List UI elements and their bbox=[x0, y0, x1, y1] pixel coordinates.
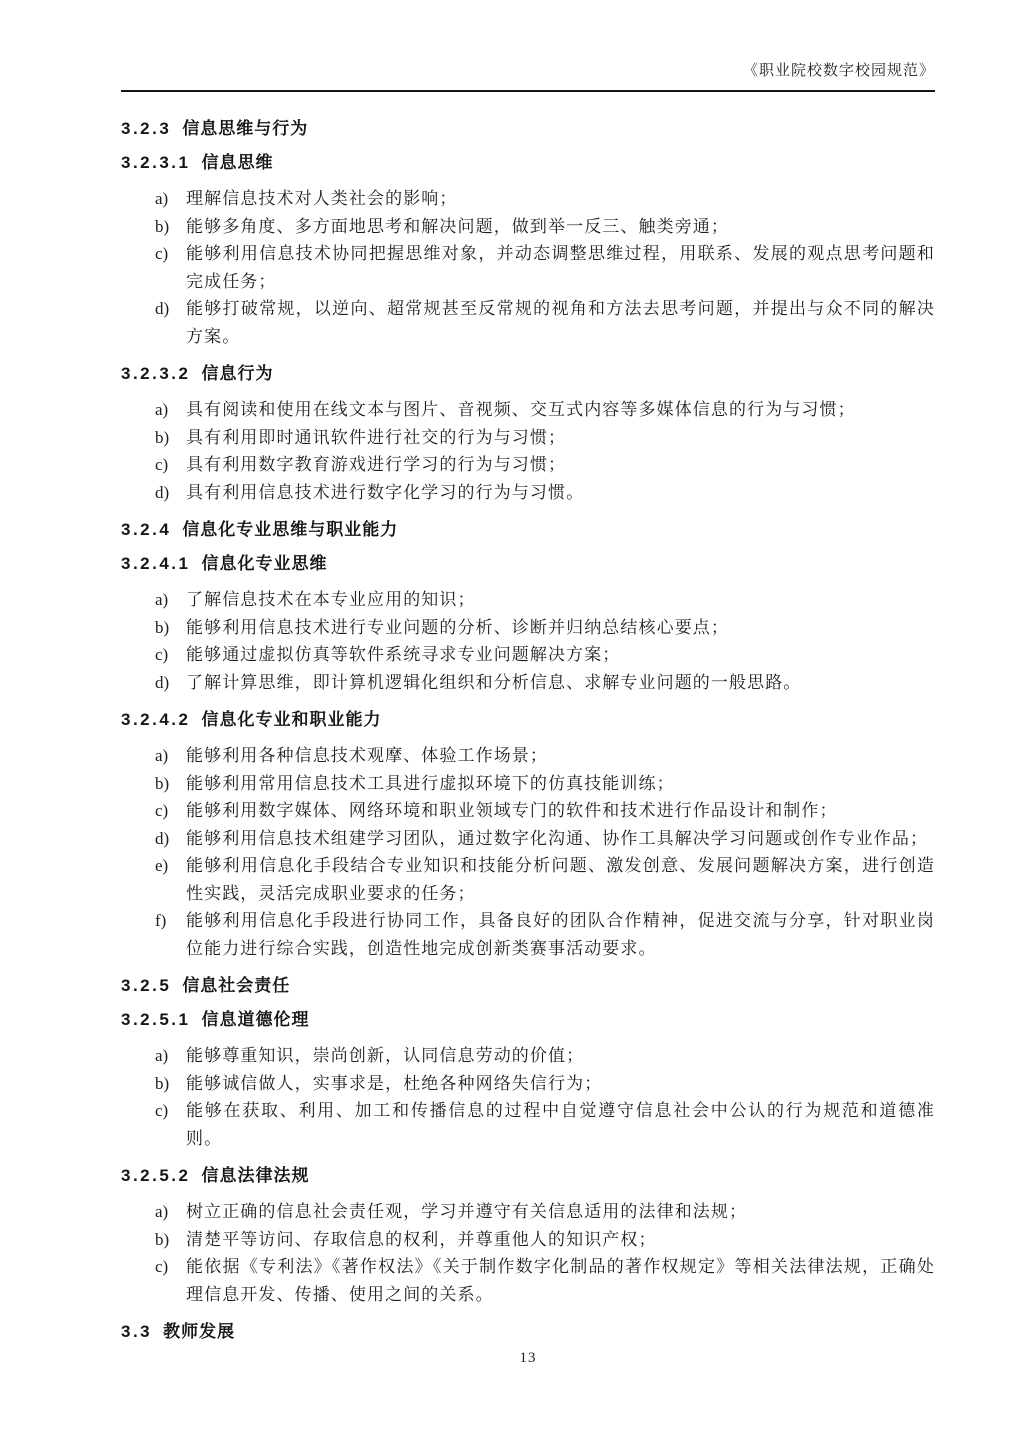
item-marker: b) bbox=[155, 1070, 186, 1098]
item-marker: d) bbox=[155, 479, 186, 507]
section-heading-3-2-3: 3.2.3信息思维与行为 bbox=[121, 118, 935, 139]
item-marker: c) bbox=[155, 1253, 186, 1308]
item-text: 能够利用数字媒体、网络环境和职业领域专门的软件和技术进行作品设计和制作； bbox=[186, 797, 935, 825]
item-list: a)树立正确的信息社会责任观，学习并遵守有关信息适用的法律和法规； b)清楚平等… bbox=[121, 1198, 935, 1308]
section-title: 信息思维与行为 bbox=[182, 119, 308, 138]
item-text: 能够尊重知识，崇尚创新，认同信息劳动的价值； bbox=[186, 1042, 935, 1070]
item-text: 能够打破常规，以逆向、超常规甚至反常规的视角和方法去思考问题，并提出与众不同的解… bbox=[186, 295, 935, 350]
item-text: 具有利用信息技术进行数字化学习的行为与习惯。 bbox=[186, 479, 935, 507]
section-number: 3.2.5.1 bbox=[121, 1010, 191, 1029]
item-marker: d) bbox=[155, 669, 186, 697]
item-marker: b) bbox=[155, 213, 186, 241]
item-marker: a) bbox=[155, 396, 186, 424]
list-item: b)能够利用信息技术进行专业问题的分析、诊断并归纳总结核心要点； bbox=[155, 614, 935, 642]
item-text: 能够利用常用信息技术工具进行虚拟环境下的仿真技能训练； bbox=[186, 770, 935, 798]
section-heading-3-2-5-2: 3.2.5.2信息法律法规 bbox=[121, 1165, 935, 1186]
section-title: 信息法律法规 bbox=[202, 1166, 310, 1185]
list-item: c)能依据《专利法》《著作权法》《关于制作数字化制品的著作权规定》等相关法律法规… bbox=[155, 1253, 935, 1308]
header-rule bbox=[121, 90, 935, 92]
item-text: 具有阅读和使用在线文本与图片、音视频、交互式内容等多媒体信息的行为与习惯； bbox=[186, 396, 935, 424]
item-text: 理解信息技术对人类社会的影响； bbox=[186, 185, 935, 213]
item-marker: a) bbox=[155, 586, 186, 614]
section-number: 3.2.4.2 bbox=[121, 710, 191, 729]
item-marker: c) bbox=[155, 641, 186, 669]
section-title: 信息化专业和职业能力 bbox=[202, 710, 382, 729]
list-item: a)树立正确的信息社会责任观，学习并遵守有关信息适用的法律和法规； bbox=[155, 1198, 935, 1226]
section-heading-3-2-4: 3.2.4信息化专业思维与职业能力 bbox=[121, 519, 935, 540]
list-item: a)理解信息技术对人类社会的影响； bbox=[155, 185, 935, 213]
item-marker: a) bbox=[155, 185, 186, 213]
item-list: a)了解信息技术在本专业应用的知识； b)能够利用信息技术进行专业问题的分析、诊… bbox=[121, 586, 935, 696]
list-item: c)能够利用信息技术协同把握思维对象，并动态调整思维过程，用联系、发展的观点思考… bbox=[155, 240, 935, 295]
item-text: 树立正确的信息社会责任观，学习并遵守有关信息适用的法律和法规； bbox=[186, 1198, 935, 1226]
item-text: 能够在获取、利用、加工和传播信息的过程中自觉遵守信息社会中公认的行为规范和道德准… bbox=[186, 1097, 935, 1152]
item-marker: a) bbox=[155, 742, 186, 770]
section-title: 信息社会责任 bbox=[182, 976, 290, 995]
list-item: c)能够在获取、利用、加工和传播信息的过程中自觉遵守信息社会中公认的行为规范和道… bbox=[155, 1097, 935, 1152]
item-marker: a) bbox=[155, 1042, 186, 1070]
list-item: d)能够利用信息技术组建学习团队，通过数字化沟通、协作工具解决学习问题或创作专业… bbox=[155, 825, 935, 853]
item-text: 能够利用信息技术进行专业问题的分析、诊断并归纳总结核心要点； bbox=[186, 614, 935, 642]
section-title: 信息思维 bbox=[202, 153, 274, 172]
list-item: b)具有利用即时通讯软件进行社交的行为与习惯； bbox=[155, 424, 935, 452]
list-item: b)能够诚信做人，实事求是，杜绝各种网络失信行为； bbox=[155, 1070, 935, 1098]
list-item: f)能够利用信息化手段进行协同工作，具备良好的团队合作精神，促进交流与分享，针对… bbox=[155, 907, 935, 962]
section-title: 信息化专业思维与职业能力 bbox=[182, 520, 398, 539]
list-item: c)能够通过虚拟仿真等软件系统寻求专业问题解决方案； bbox=[155, 641, 935, 669]
list-item: d)能够打破常规，以逆向、超常规甚至反常规的视角和方法去思考问题，并提出与众不同… bbox=[155, 295, 935, 350]
list-item: a)具有阅读和使用在线文本与图片、音视频、交互式内容等多媒体信息的行为与习惯； bbox=[155, 396, 935, 424]
item-text: 能够利用信息化手段进行协同工作，具备良好的团队合作精神，促进交流与分享，针对职业… bbox=[186, 907, 935, 962]
list-item: b)能够利用常用信息技术工具进行虚拟环境下的仿真技能训练； bbox=[155, 770, 935, 798]
item-marker: b) bbox=[155, 424, 186, 452]
section-title: 信息行为 bbox=[202, 364, 274, 383]
list-item: a)了解信息技术在本专业应用的知识； bbox=[155, 586, 935, 614]
item-list: a)能够尊重知识，崇尚创新，认同信息劳动的价值； b)能够诚信做人，实事求是，杜… bbox=[121, 1042, 935, 1152]
item-text: 具有利用数字教育游戏进行学习的行为与习惯； bbox=[186, 451, 935, 479]
item-text: 能够多角度、多方面地思考和解决问题，做到举一反三、触类旁通； bbox=[186, 213, 935, 241]
item-text: 能够利用各种信息技术观摩、体验工作场景； bbox=[186, 742, 935, 770]
item-marker: b) bbox=[155, 1226, 186, 1254]
section-title: 教师发展 bbox=[163, 1322, 235, 1341]
item-text: 了解计算思维，即计算机逻辑化组织和分析信息、求解专业问题的一般思路。 bbox=[186, 669, 935, 697]
item-text: 了解信息技术在本专业应用的知识； bbox=[186, 586, 935, 614]
section-heading-3-2-3-1: 3.2.3.1信息思维 bbox=[121, 152, 935, 173]
list-item: c)具有利用数字教育游戏进行学习的行为与习惯； bbox=[155, 451, 935, 479]
item-list: a)能够利用各种信息技术观摩、体验工作场景； b)能够利用常用信息技术工具进行虚… bbox=[121, 742, 935, 962]
section-heading-3-2-5: 3.2.5信息社会责任 bbox=[121, 975, 935, 996]
item-marker: a) bbox=[155, 1198, 186, 1226]
item-marker: d) bbox=[155, 295, 186, 350]
item-text: 具有利用即时通讯软件进行社交的行为与习惯； bbox=[186, 424, 935, 452]
section-title: 信息化专业思维 bbox=[202, 554, 328, 573]
item-text: 能够通过虚拟仿真等软件系统寻求专业问题解决方案； bbox=[186, 641, 935, 669]
section-number: 3.2.3.2 bbox=[121, 364, 191, 383]
item-list: a)具有阅读和使用在线文本与图片、音视频、交互式内容等多媒体信息的行为与习惯； … bbox=[121, 396, 935, 506]
section-heading-3-2-4-2: 3.2.4.2信息化专业和职业能力 bbox=[121, 709, 935, 730]
list-item: e)能够利用信息化手段结合专业知识和技能分析问题、激发创意、发展问题解决方案，进… bbox=[155, 852, 935, 907]
list-item: b)清楚平等访问、存取信息的权利，并尊重他人的知识产权； bbox=[155, 1226, 935, 1254]
section-heading-3-2-4-1: 3.2.4.1信息化专业思维 bbox=[121, 553, 935, 574]
list-item: a)能够尊重知识，崇尚创新，认同信息劳动的价值； bbox=[155, 1042, 935, 1070]
section-heading-3-3: 3.3教师发展 bbox=[121, 1321, 935, 1342]
list-item: a)能够利用各种信息技术观摩、体验工作场景； bbox=[155, 742, 935, 770]
section-number: 3.2.5.2 bbox=[121, 1166, 191, 1185]
item-marker: c) bbox=[155, 1097, 186, 1152]
item-marker: e) bbox=[155, 852, 186, 907]
list-item: c)能够利用数字媒体、网络环境和职业领域专门的软件和技术进行作品设计和制作； bbox=[155, 797, 935, 825]
list-item: b)能够多角度、多方面地思考和解决问题，做到举一反三、触类旁通； bbox=[155, 213, 935, 241]
section-number: 3.2.4 bbox=[121, 520, 171, 539]
section-heading-3-2-3-2: 3.2.3.2信息行为 bbox=[121, 363, 935, 384]
item-text: 能够诚信做人，实事求是，杜绝各种网络失信行为； bbox=[186, 1070, 935, 1098]
item-marker: b) bbox=[155, 770, 186, 798]
item-marker: c) bbox=[155, 451, 186, 479]
item-marker: f) bbox=[155, 907, 186, 962]
list-item: d)具有利用信息技术进行数字化学习的行为与习惯。 bbox=[155, 479, 935, 507]
document-page: 《职业院校数字校园规范》 3.2.3信息思维与行为 3.2.3.1信息思维 a)… bbox=[0, 0, 1024, 1448]
page-number: 13 bbox=[121, 1350, 935, 1367]
item-marker: c) bbox=[155, 797, 186, 825]
section-title: 信息道德伦理 bbox=[202, 1010, 310, 1029]
item-text: 能够利用信息化手段结合专业知识和技能分析问题、激发创意、发展问题解决方案，进行创… bbox=[186, 852, 935, 907]
item-text: 能依据《专利法》《著作权法》《关于制作数字化制品的著作权规定》等相关法律法规，正… bbox=[186, 1253, 935, 1308]
section-number: 3.2.4.1 bbox=[121, 554, 191, 573]
item-marker: b) bbox=[155, 614, 186, 642]
item-text: 清楚平等访问、存取信息的权利，并尊重他人的知识产权； bbox=[186, 1226, 935, 1254]
item-marker: c) bbox=[155, 240, 186, 295]
item-list: a)理解信息技术对人类社会的影响； b)能够多角度、多方面地思考和解决问题，做到… bbox=[121, 185, 935, 350]
section-number: 3.2.5 bbox=[121, 976, 171, 995]
item-marker: d) bbox=[155, 825, 186, 853]
list-item: d)了解计算思维，即计算机逻辑化组织和分析信息、求解专业问题的一般思路。 bbox=[155, 669, 935, 697]
section-heading-3-2-5-1: 3.2.5.1信息道德伦理 bbox=[121, 1009, 935, 1030]
running-header: 《职业院校数字校园规范》 bbox=[121, 62, 935, 81]
item-text: 能够利用信息技术协同把握思维对象，并动态调整思维过程，用联系、发展的观点思考问题… bbox=[186, 240, 935, 295]
section-number: 3.3 bbox=[121, 1322, 152, 1341]
section-number: 3.2.3.1 bbox=[121, 153, 191, 172]
item-text: 能够利用信息技术组建学习团队，通过数字化沟通、协作工具解决学习问题或创作专业作品… bbox=[186, 825, 935, 853]
section-number: 3.2.3 bbox=[121, 119, 171, 138]
